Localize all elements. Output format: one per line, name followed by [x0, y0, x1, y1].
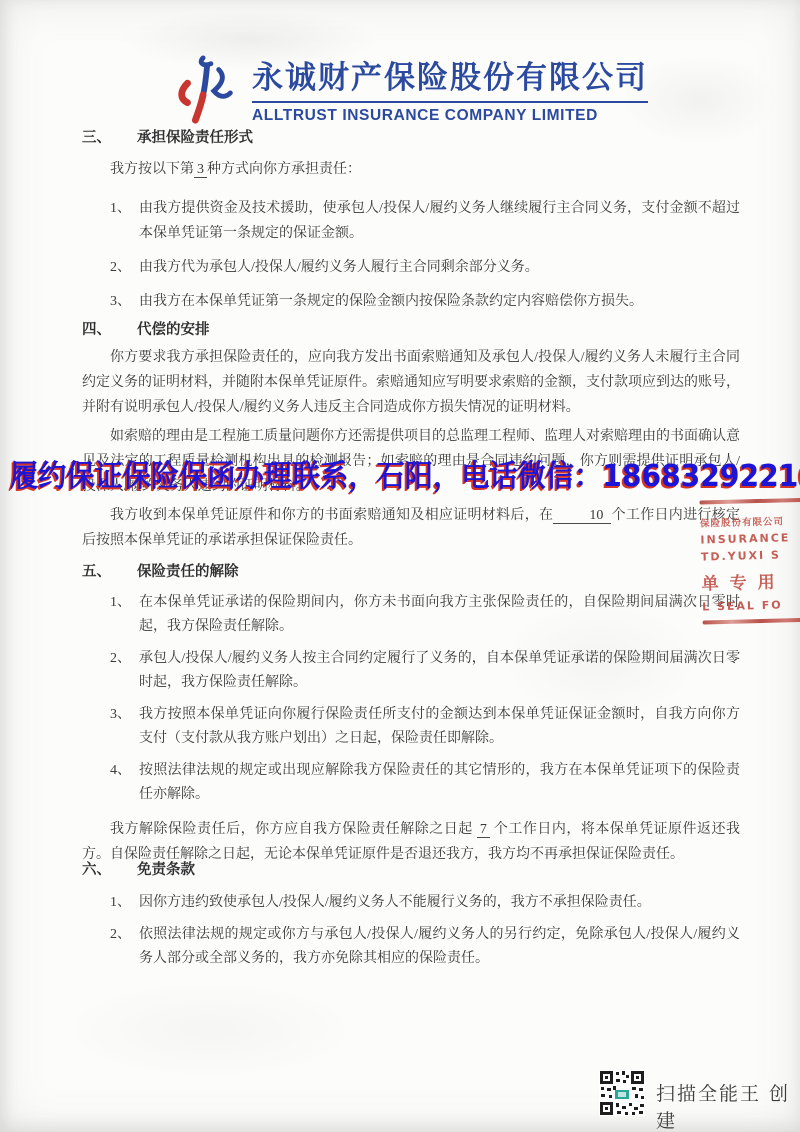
section-compensation: 四、代偿的安排 你方要求我方承担保险责任的，应向我方发出书面索赔通知及承包人/投…	[82, 318, 740, 553]
stamp-text-line: TD.YUXI S	[701, 547, 800, 563]
paragraph: 我方按以下第3种方式向你方承担责任：	[82, 157, 740, 182]
list-item: 4、 按照法律法规的规定或出现应解除我方保险责任的其它情形的，我方在本保单凭证项…	[82, 759, 740, 807]
list-item-number: 1、	[110, 591, 139, 639]
company-name-cn: 永诚财产保险股份有限公司	[252, 52, 648, 103]
paragraph-text: 我方解除保险责任后，你方应自我方保险责任解除之日起	[110, 822, 473, 837]
section-heading: 三、承担保险责任形式	[82, 126, 740, 147]
section-number: 四、	[82, 318, 137, 339]
list-item-number: 2、	[110, 923, 139, 971]
list-item-text: 由我方代为承包人/投保人/履约义务人履行主合同剩余部分义务。	[139, 255, 740, 280]
stamp-text-line: INSURANCE	[700, 530, 800, 546]
list-item-number: 3、	[110, 289, 139, 314]
list-item-number: 2、	[110, 647, 139, 695]
list-item-text: 依照法律法规的规定或你方与承包人/投保人/履约义务人的另行约定，免除承包人/投保…	[139, 923, 740, 971]
section-heading: 四、代偿的安排	[82, 318, 740, 339]
list-item-text: 由我方提供资金及技术援助，使承包人/投保人/履约义务人继续履行主合同义务，支付金…	[139, 196, 740, 246]
list-item-text: 按照法律法规的规定或出现应解除我方保险责任的其它情形的，我方在本保单凭证项下的保…	[139, 759, 740, 807]
official-stamp: 保险股份有限公司 INSURANCE TD.YUXI S 单专用 L SEAL …	[699, 497, 800, 624]
list-item-number: 1、	[110, 196, 139, 246]
list-item-number: 3、	[110, 703, 139, 751]
inline-underlined-value: 3	[194, 162, 207, 178]
list-item: 1、 由我方提供资金及技术援助，使承包人/投保人/履约义务人继续履行主合同义务，…	[82, 196, 740, 246]
list-item: 3、 我方按照本保单凭证向你履行保险责任所支付的金额达到本保单凭证保证金额时，自…	[82, 703, 740, 751]
company-logo-icon	[168, 54, 246, 126]
list-item: 1、 在本保单凭证承诺的保险期间内，你方未书面向我方主张保险责任的，自保险期间届…	[82, 591, 740, 639]
list-item-text: 承包人/投保人/履约义务人按主合同约定履行了义务的，自本保单凭证承诺的保险期间届…	[139, 647, 740, 695]
company-name-block: 永诚财产保险股份有限公司 ALLTRUST INSURANCE COMPANY …	[252, 52, 648, 125]
stamp-seal-type: 单专用	[701, 566, 800, 594]
inline-underlined-value: 7	[477, 822, 490, 838]
section-release: 五、保险责任的解除 1、 在本保单凭证承诺的保险期间内，你方未书面向我方主张保险…	[82, 560, 740, 867]
company-header: 永诚财产保险股份有限公司 ALLTRUST INSURANCE COMPANY …	[168, 52, 648, 126]
list-item-number: 1、	[110, 891, 139, 915]
section-title: 代偿的安排	[137, 322, 210, 338]
list-item-text: 因你方违约致使承包人/投保人/履约义务人不能履行义务的，我方不承担保险责任。	[139, 891, 740, 915]
section-title: 承担保险责任形式	[137, 130, 253, 146]
list-item: 2、 由我方代为承包人/投保人/履约义务人履行主合同剩余部分义务。	[82, 255, 740, 280]
section-exemption: 六、免责条款 1、 因你方违约致使承包人/投保人/履约义务人不能履行义务的，我方…	[82, 858, 740, 971]
section-heading: 六、免责条款	[82, 858, 740, 879]
list-item-number: 4、	[110, 759, 139, 807]
stamp-text-line: L SEAL FO	[702, 597, 800, 613]
section-number: 三、	[82, 126, 137, 147]
list-item-text: 在本保单凭证承诺的保险期间内，你方未书面向我方主张保险责任的，自保险期间届满次日…	[139, 591, 740, 639]
scanned-insurance-document: 永诚财产保险股份有限公司 ALLTRUST INSURANCE COMPANY …	[0, 0, 800, 1132]
section-title: 保险责任的解除	[137, 564, 239, 580]
paragraph-text: 我方收到本保单凭证原件和你方的书面索赔通知及相应证明材料后，在	[110, 508, 553, 523]
list-item-text: 由我方在本保单凭证第一条规定的保险金额内按保险条款约定内容赔偿你方损失。	[139, 289, 740, 314]
stamp-border-bar	[703, 618, 800, 625]
paragraph-text: 种方式向你方承担责任：	[207, 162, 361, 177]
section-number: 五、	[82, 560, 137, 581]
list-item: 1、 因你方违约致使承包人/投保人/履约义务人不能履行义务的，我方不承担保险责任…	[82, 891, 740, 915]
paragraph: 我方收到本保单凭证原件和你方的书面索赔通知及相应证明材料后，在10个工作日内进行…	[82, 503, 740, 553]
paragraph-text: 我方按以下第	[110, 162, 194, 177]
list-item: 2、 依照法律法规的规定或你方与承包人/投保人/履约义务人的另行约定，免除承包人…	[82, 923, 740, 971]
qr-code	[599, 1070, 645, 1116]
list-item: 2、 承包人/投保人/履约义务人按主合同约定履行了义务的，自本保单凭证承诺的保险…	[82, 647, 740, 695]
stamp-company-line: 保险股份有限公司	[700, 512, 800, 529]
section-number: 六、	[82, 858, 137, 879]
list-item-text: 我方按照本保单凭证向你履行保险责任所支付的金额达到本保单凭证保证金额时，自我方向…	[139, 703, 740, 751]
paragraph: 你方要求我方承担保险责任的，应向我方发出书面索赔通知及承包人/投保人/履约义务人…	[82, 345, 740, 420]
scanner-credit: 扫描全能王 创建	[656, 1079, 800, 1132]
company-name-en: ALLTRUST INSURANCE COMPANY LIMITED	[252, 107, 648, 125]
inline-underlined-value: 10	[553, 508, 611, 524]
watermark-banner: 履约保证保险保函办理联系，石阳，电话微信：18683292210！	[10, 451, 751, 495]
scan-smudge	[60, 980, 360, 1080]
list-item-number: 2、	[110, 255, 139, 280]
list-item: 3、 由我方在本保单凭证第一条规定的保险金额内按保险条款约定内容赔偿你方损失。	[82, 289, 740, 314]
section-title: 免责条款	[137, 862, 195, 878]
section-heading: 五、保险责任的解除	[82, 560, 740, 581]
section-liability-form: 三、承担保险责任形式 我方按以下第3种方式向你方承担责任： 1、 由我方提供资金…	[82, 126, 740, 314]
